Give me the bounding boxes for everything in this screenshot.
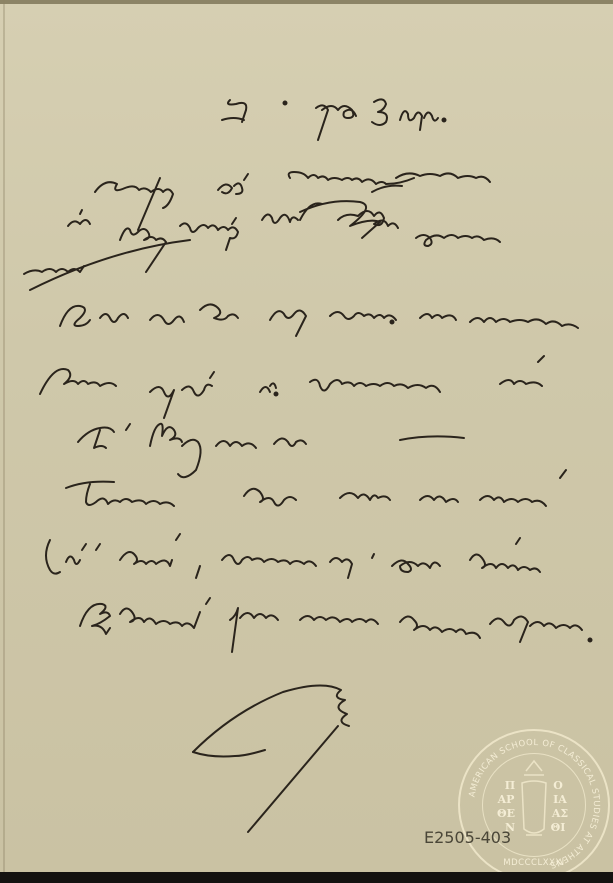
archive-reference: Ε2505-403 xyxy=(424,828,511,847)
handwritten-line-8 xyxy=(46,534,540,578)
handwritten-line-4 xyxy=(60,304,578,336)
signature-mark xyxy=(193,685,349,832)
handwritten-line-7 xyxy=(66,470,566,506)
handwritten-line-heading xyxy=(222,99,446,140)
handwritten-line-6 xyxy=(78,424,464,477)
handwritten-line-5 xyxy=(40,356,544,418)
handwritten-line-9 xyxy=(80,598,592,652)
scan-bottom-edge xyxy=(0,872,613,883)
handwritten-line-3 xyxy=(68,173,500,272)
svg-text:MDCCCLXXXI: MDCCCLXXXI xyxy=(503,858,564,868)
institution-seal: AMERICAN SCHOOL OF CLASSICAL STUDIES AT … xyxy=(458,729,610,881)
letter-paper: AMERICAN SCHOOL OF CLASSICAL STUDIES AT … xyxy=(0,0,613,872)
handwritten-marginal-insertion xyxy=(24,240,190,290)
